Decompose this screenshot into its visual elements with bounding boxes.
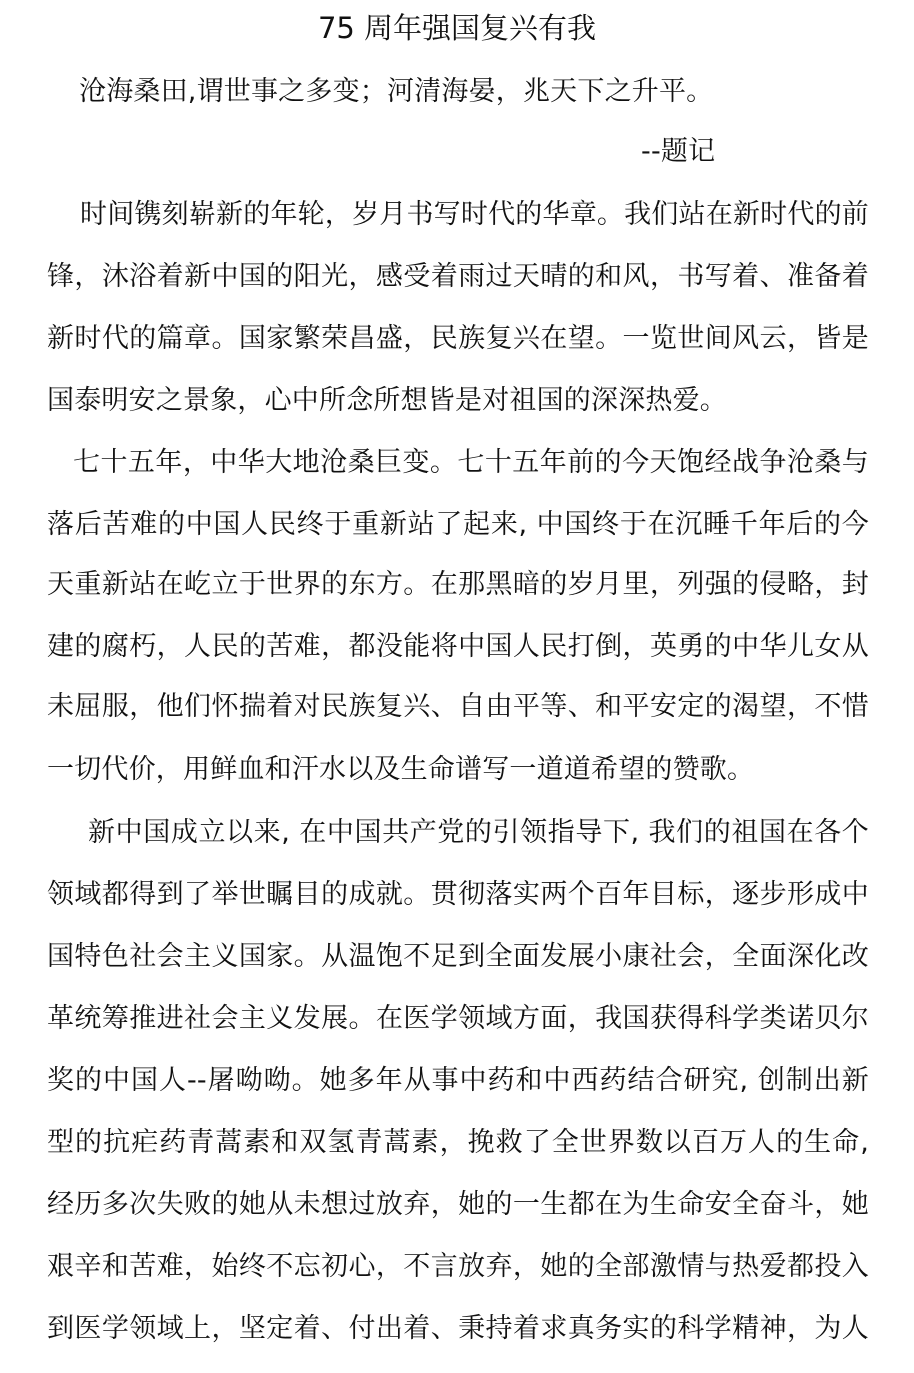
paragraph-line: 经历多次失败的她从未想过放弃，她的一生都在为生命安全奋斗，她	[47, 1189, 869, 1221]
paragraph-line: 到医学领域上，坚定着、付出着、秉持着求真务实的科学精神，为人	[47, 1313, 869, 1345]
paragraph-line: 建的腐朽，人民的苦难，都没能将中国人民打倒，英勇的中华儿女从	[47, 631, 869, 663]
paragraph-line: 时间镌刻崭新的年轮，岁月书写时代的华章。我们站在新时代的前	[80, 199, 869, 231]
paragraph-line: 落后苦难的中国人民终于重新站了起来, 中国终于在沉睡千年后的今	[47, 509, 869, 541]
paragraph-line: 奖的中国人--屠呦呦。她多年从事中药和中西药结合研究, 创制出新	[47, 1065, 869, 1097]
epigraph-quote: 沧海桑田,谓世事之多变；河清海晏，兆天下之升平。	[79, 76, 713, 108]
paragraph-line: 七十五年，中华大地沧桑巨变。七十五年前的今天饱经战争沧桑与	[73, 447, 869, 479]
paragraph-line: 新时代的篇章。国家繁荣昌盛，民族复兴在望。一览世间风云，皆是	[47, 323, 869, 355]
document-title: 75 周年强国复兴有我	[0, 10, 914, 46]
paragraph-line: 未屈服，他们怀揣着对民族复兴、自由平等、和平安定的渴望，不惜	[47, 691, 869, 723]
paragraph-line: 领域都得到了举世瞩目的成就。贯彻落实两个百年目标，逐步形成中	[47, 879, 869, 911]
paragraph-line: 革统筹推进社会主义发展。在医学领域方面，我国获得科学类诺贝尔	[47, 1003, 869, 1035]
paragraph-line: 天重新站在屹立于世界的东方。在那黑暗的岁月里，列强的侵略，封	[47, 569, 869, 601]
paragraph-line: 新中国成立以来, 在中国共产党的引领指导下, 我们的祖国在各个	[88, 817, 869, 849]
paragraph-line: 国特色社会主义国家。从温饱不足到全面发展小康社会，全面深化改	[47, 941, 869, 973]
paragraph-line: 艰辛和苦难，始终不忘初心，不言放弃，她的全部激情与热爱都投入	[47, 1251, 869, 1283]
paragraph-line: 型的抗疟药青蒿素和双氢青蒿素，挽救了全世界数以百万人的生命,	[47, 1127, 869, 1159]
paragraph-line: 一切代价，用鲜血和汗水以及生命谱写一道道希望的赞歌。	[47, 754, 869, 786]
paragraph-line: 锋，沐浴着新中国的阳光，感受着雨过天晴的和风，书写着、准备着	[47, 261, 869, 293]
epigraph-attribution: --题记	[641, 136, 715, 168]
paragraph-line: 国泰明安之景象，心中所念所想皆是对祖国的深深热爱。	[47, 385, 869, 417]
